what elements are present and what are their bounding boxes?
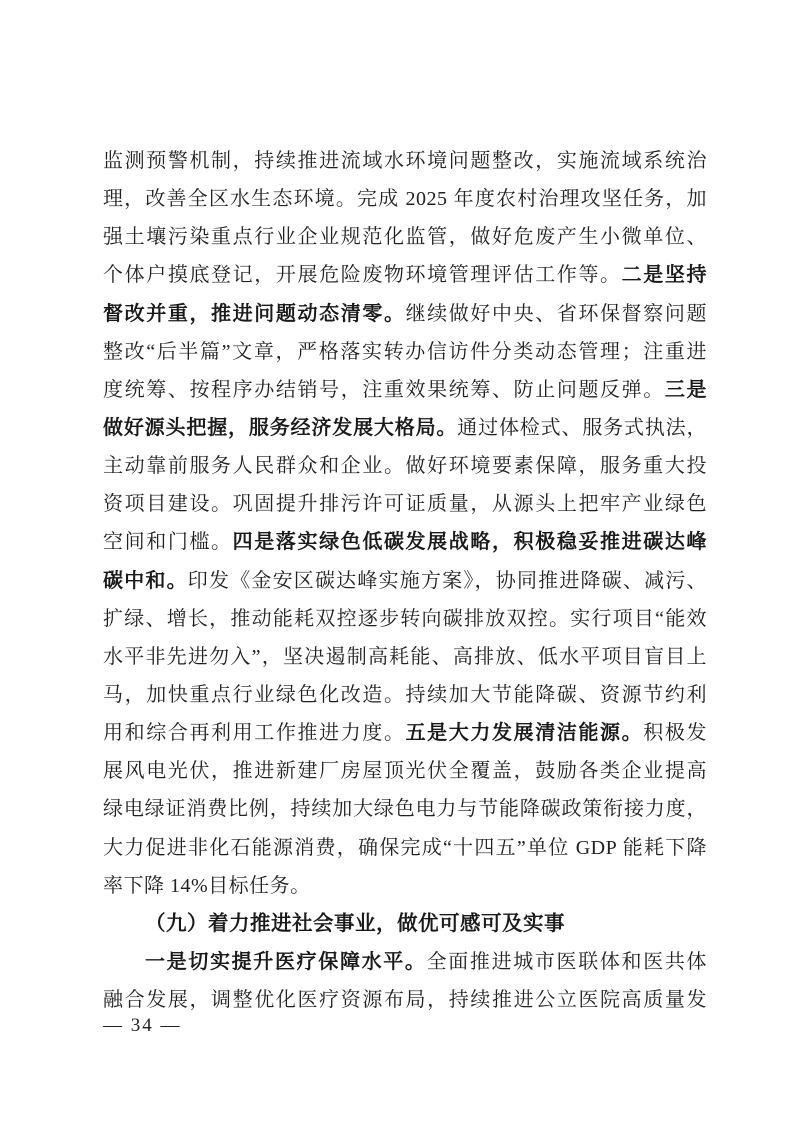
bold-text-run: 三是 — [665, 379, 707, 401]
bold-text-run: 碳中和。 — [103, 570, 188, 592]
text-run: 整改“后半篇”文章，严格落实转办信访件分类动态管理；注重进 — [103, 341, 707, 363]
text-line: 主动靠前服务人民群众和企业。做好环境要素保障，服务重大投 — [103, 447, 707, 485]
text-run: 大力促进非化石能源消费，确保完成“十四五”单位 GDP 能耗下降 — [103, 837, 707, 859]
text-run: 印发《金安区碳达峰实施方案》，协同推进降碳、减污、 — [188, 570, 707, 592]
text-line: 监测预警机制，持续推进流域水环境问题整改，实施流域系统治 — [103, 142, 707, 180]
text-line: 大力促进非化石能源消费，确保完成“十四五”单位 GDP 能耗下降 — [103, 829, 707, 867]
section-heading: （九）着力推进社会事业，做优可感可及实事 — [103, 905, 707, 943]
text-line: 展风电光伏，推进新建厂房屋顶光伏全覆盖，鼓励各类企业提高 — [103, 752, 707, 790]
text-run: 强土壤污染重点行业企业规范化监管，做好危废产生小微单位、 — [103, 226, 707, 248]
text-line: 空间和门槛。四是落实绿色低碳发展战略，积极稳妥推进碳达峰 — [103, 523, 707, 561]
text-line: 碳中和。印发《金安区碳达峰实施方案》，协同推进降碳、减污、 — [103, 562, 707, 600]
text-run: 融合发展，调整优化医疗资源布局，持续推进公立医院高质量发 — [103, 989, 707, 1011]
text-run: 通过体检式、服务式执法， — [457, 417, 707, 439]
document-page: 监测预警机制，持续推进流域水环境问题整改，实施流域系统治理，改善全区水生态环境。… — [0, 0, 793, 1122]
text-run: 水平非先进勿入”，坚决遏制高耗能、高排放、低水平项目盲目上 — [103, 646, 707, 668]
text-line: 督改并重，推进问题动态清零。继续做好中央、省环保督察问题 — [103, 295, 707, 333]
text-line: 度统筹、按程序办结销号，注重效果统筹、防止问题反弹。三是 — [103, 371, 707, 409]
text-line: 绿电绿证消费比例，持续加大绿色电力与节能降碳政策衔接力度， — [103, 790, 707, 828]
bold-text-run: 五是大力发展清洁能源。 — [406, 722, 644, 744]
text-run: 用和综合再利用工作推进力度。 — [103, 722, 406, 744]
text-line: 用和综合再利用工作推进力度。五是大力发展清洁能源。积极发 — [103, 714, 707, 752]
page-number: — 34 — — [103, 1012, 182, 1040]
text-run: 空间和门槛。 — [103, 531, 233, 553]
text-run: 积极发 — [643, 722, 707, 744]
text-run: 率下降 14%目标任务。 — [103, 875, 311, 897]
text-run: 监测预警机制，持续推进流域水环境问题整改，实施流域系统治 — [103, 150, 707, 172]
text-run: 展风电光伏，推进新建厂房屋顶光伏全覆盖，鼓励各类企业提高 — [103, 760, 707, 782]
text-line: 强土壤污染重点行业企业规范化监管，做好危废产生小微单位、 — [103, 218, 707, 256]
text-line: 资项目建设。巩固提升排污许可证质量，从源头上把牢产业绿色 — [103, 485, 707, 523]
text-run: 个体户摸底登记，开展危险废物环境管理评估工作等。 — [103, 264, 622, 286]
text-line: 扩绿、增长，推动能耗双控逐步转向碳排放双控。实行项目“能效 — [103, 600, 707, 638]
text-run: 马，加快重点行业绿色化改造。持续加大节能降碳、资源节约利 — [103, 684, 707, 706]
text-line: 水平非先进勿入”，坚决遏制高耗能、高排放、低水平项目盲目上 — [103, 638, 707, 676]
bold-text-run: 督改并重，推进问题动态清零。 — [103, 303, 406, 325]
document-body: 监测预警机制，持续推进流域水环境问题整改，实施流域系统治理，改善全区水生态环境。… — [103, 142, 707, 1019]
text-run: 资项目建设。巩固提升排污许可证质量，从源头上把牢产业绿色 — [103, 493, 707, 515]
text-line: 融合发展，调整优化医疗资源布局，持续推进公立医院高质量发 — [103, 981, 707, 1019]
text-run: 主动靠前服务人民群众和企业。做好环境要素保障，服务重大投 — [103, 455, 707, 477]
text-run: 继续做好中央、省环保督察问题 — [406, 303, 707, 325]
text-line: 马，加快重点行业绿色化改造。持续加大节能降碳、资源节约利 — [103, 676, 707, 714]
text-run: 绿电绿证消费比例，持续加大绿色电力与节能降碳政策衔接力度， — [103, 798, 707, 820]
text-line: 率下降 14%目标任务。 — [103, 867, 707, 905]
text-line: 理，改善全区水生态环境。完成 2025 年度农村治理攻坚任务，加 — [103, 180, 707, 218]
text-run: 全面推进城市医联体和医共体 — [427, 951, 707, 973]
text-line: 做好源头把握，服务经济发展大格局。通过体检式、服务式执法， — [103, 409, 707, 447]
text-line: 整改“后半篇”文章，严格落实转办信访件分类动态管理；注重进 — [103, 333, 707, 371]
bold-text-run: （九）着力推进社会事业，做优可感可及实事 — [145, 913, 565, 935]
text-run: 扩绿、增长，推动能耗双控逐步转向碳排放双控。实行项目“能效 — [103, 608, 707, 630]
bold-text-run: 一是切实提升医疗保障水平。 — [145, 951, 427, 973]
text-run: 度统筹、按程序办结销号，注重效果统筹、防止问题反弹。 — [103, 379, 665, 401]
text-line: 一是切实提升医疗保障水平。全面推进城市医联体和医共体 — [103, 943, 707, 981]
bold-text-run: 二是坚持 — [622, 264, 707, 286]
bold-text-run: 四是落实绿色低碳发展战略，积极稳妥推进碳达峰 — [233, 531, 707, 553]
bold-text-run: 做好源头把握，服务经济发展大格局。 — [103, 417, 457, 439]
text-run: 理，改善全区水生态环境。完成 2025 年度农村治理攻坚任务，加 — [103, 188, 707, 210]
text-line: 个体户摸底登记，开展危险废物环境管理评估工作等。二是坚持 — [103, 256, 707, 294]
